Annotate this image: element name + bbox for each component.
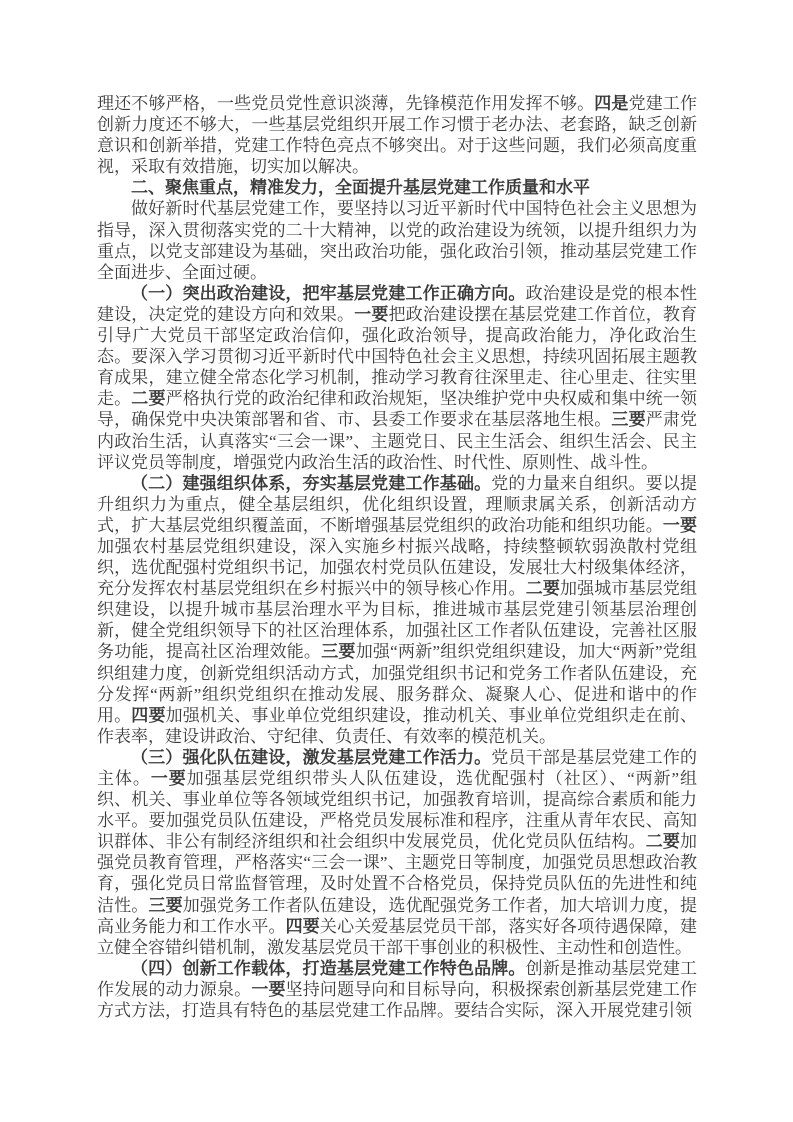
bold-text-run: （三）强化队伍建设，激发基层党建工作活力。	[131, 748, 491, 767]
text-run: 做好新时代基层党建工作，要坚持以习近平新时代中国特色社会主义思想为指导，深入贯彻…	[97, 199, 697, 281]
continuation-paragraph: 理还不够严格，一些党员党性意识淡薄，先锋模范作用发挥不够。四是党建工作创新力度还…	[97, 93, 697, 177]
bold-text-run: 一要	[251, 980, 285, 999]
bold-text-run: 四要	[131, 706, 165, 725]
bold-text-run: 三要	[611, 410, 645, 429]
subsection-paragraph-4: （四）创新工作载体，打造基层党建工作特色品牌。创新是推动基层党建工作发展的动力源…	[97, 958, 697, 1021]
text-run: 加强机关、事业单位党组织建设，推动机关、事业单位党组织走在前、作表率，建设讲政治…	[97, 706, 697, 746]
text-run: 严格执行党的政治纪律和政治规矩，坚决维护党中央权威和集中统一领导，确保党中央决策…	[97, 389, 697, 429]
bold-text-run: 二要	[646, 832, 680, 851]
bold-text-run: 一要	[354, 305, 388, 324]
bold-text-run: （二）建强组织体系，夯实基层党建工作基础。	[131, 474, 491, 493]
subsection-paragraph-2: （二）建强组织体系，夯实基层党建工作基础。党的力量来自组织。要以提升组织力为重点…	[97, 473, 697, 747]
bold-text-run: 一要	[663, 516, 697, 535]
bold-text-run: 四是	[594, 94, 628, 113]
bold-text-run: 二、聚焦重点，精准发力，全面提升基层党建工作质量和水平	[131, 178, 590, 197]
text-run: 加强基层党组织带头人队伍建设，选优配强村（社区）、“两新”组织、机关、事业单位等…	[97, 769, 697, 851]
bold-text-run: 一要	[151, 769, 187, 788]
bold-text-run: 二要	[131, 389, 165, 408]
bold-text-run: （四）创新工作载体，打造基层党建工作特色品牌。	[131, 959, 526, 978]
bold-text-run: 三要	[321, 642, 356, 661]
bold-text-run: 二要	[526, 579, 560, 598]
bold-text-run: 四要	[286, 917, 320, 936]
bold-text-run: 三要	[148, 896, 182, 915]
section-heading: 二、聚焦重点，精准发力，全面提升基层党建工作质量和水平	[97, 177, 697, 198]
bold-text-run: （一）突出政治建设，把牢基层党建工作正确方向。	[131, 284, 526, 303]
document-page: 理还不够严格，一些党员党性意识淡薄，先锋模范作用发挥不够。四是党建工作创新力度还…	[0, 0, 793, 1122]
subsection-paragraph-1: （一）突出政治建设，把牢基层党建工作正确方向。政治建设是党的根本性建设，决定党的…	[97, 283, 697, 473]
subsection-paragraph-3: （三）强化队伍建设，激发基层党建工作活力。党员干部是基层党建工作的主体。一要加强…	[97, 747, 697, 958]
document-content: 理还不够严格，一些党员党性意识淡薄，先锋模范作用发挥不够。四是党建工作创新力度还…	[97, 93, 697, 1021]
text-run: 理还不够严格，一些党员党性意识淡薄，先锋模范作用发挥不够。	[97, 94, 594, 113]
intro-paragraph: 做好新时代基层党建工作，要坚持以习近平新时代中国特色社会主义思想为指导，深入贯彻…	[97, 198, 697, 282]
